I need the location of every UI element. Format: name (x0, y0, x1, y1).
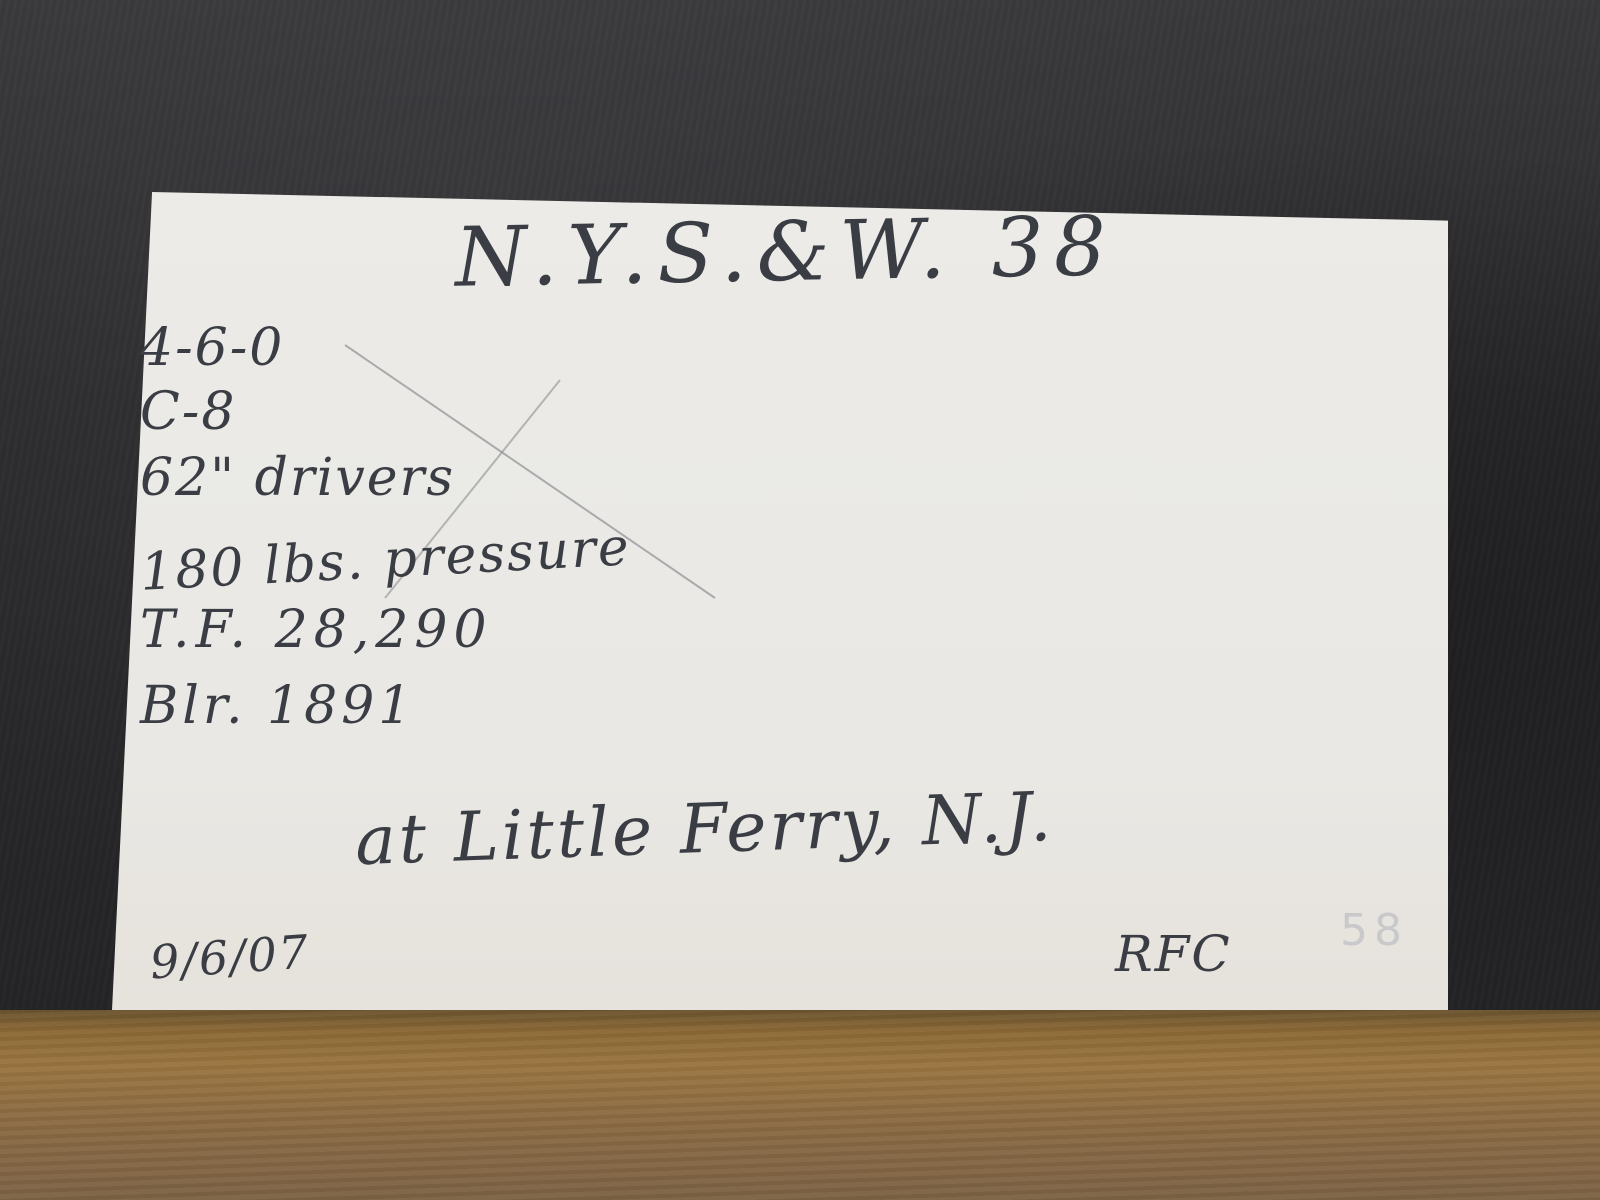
photographer-initials: RFC (1115, 925, 1232, 983)
driver-size: 62" drivers (140, 448, 455, 508)
class-designation: C-8 (140, 382, 236, 442)
photo-date: 9/6/07 (148, 924, 311, 989)
locomotive-title: N.Y.S.&W. 38 (454, 199, 1116, 306)
boiler-year: Blr. 1891 (140, 676, 415, 736)
stamped-number: 58 (1340, 905, 1408, 956)
wheel-arrangement: 4-6-0 (140, 318, 284, 378)
wooden-ledge (0, 1010, 1600, 1200)
tractive-force: T.F. 28,290 (140, 600, 493, 660)
